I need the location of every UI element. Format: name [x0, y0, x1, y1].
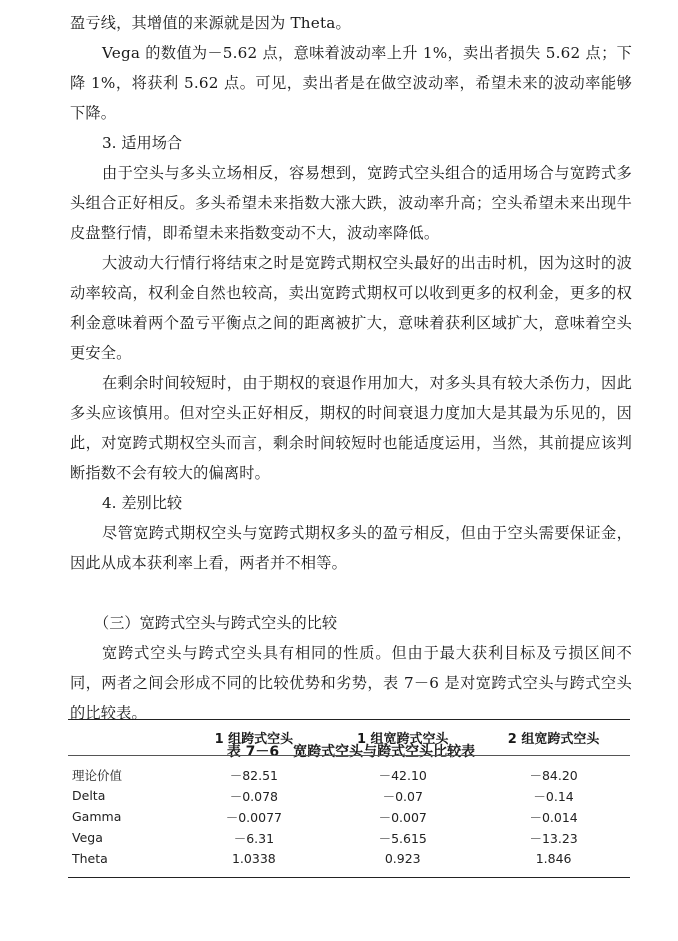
paragraph-applicable-2: 大波动大行情行将结束之时是宽跨式期权空头最好的出击时机，因为这时的波动率较高，权…	[70, 248, 632, 368]
table-cell: 1.0338	[179, 848, 328, 878]
table-cell: －0.014	[477, 806, 630, 827]
table-header-row: 1 组跨式空头 1 组宽跨式空头 2 组宽跨式空头	[68, 720, 630, 756]
table-cell: －0.07	[328, 785, 477, 806]
section-heading-difference: 4. 差别比较	[70, 488, 632, 518]
table-cell: －42.10	[328, 756, 477, 786]
row-label: Gamma	[68, 806, 179, 827]
document-page: 盈亏线，其增值的来源就是因为 Theta。 Vega 的数值为－5.62 点，意…	[70, 8, 632, 766]
paragraph-applicable-1: 由于空头与多头立场相反，容易想到，宽跨式空头组合的适用场合与宽跨式多头组合正好相…	[70, 158, 632, 248]
row-label: Vega	[68, 827, 179, 848]
table-header-col: 2 组宽跨式空头	[477, 720, 630, 756]
table-header-col: 1 组跨式空头	[179, 720, 328, 756]
table-cell: －84.20	[477, 756, 630, 786]
table-header-col: 1 组宽跨式空头	[328, 720, 477, 756]
paragraph-vega: Vega 的数值为－5.62 点，意味着波动率上升 1%，卖出者损失 5.62 …	[70, 38, 632, 128]
section-heading-applicable-scenarios: 3. 适用场合	[70, 128, 632, 158]
paragraph-difference: 尽管宽跨式期权空头与宽跨式期权多头的盈亏相反，但由于空头需要保证金，因此从成本获…	[70, 518, 632, 578]
table-row: Vega －6.31 －5.615 －13.23	[68, 827, 630, 848]
section-heading-comparison: （三）宽跨式空头与跨式空头的比较	[70, 608, 632, 638]
row-label: Theta	[68, 848, 179, 878]
table-cell: －0.0077	[179, 806, 328, 827]
spacer	[70, 578, 632, 608]
table-cell: －0.14	[477, 785, 630, 806]
table-cell: －13.23	[477, 827, 630, 848]
row-label: Delta	[68, 785, 179, 806]
comparison-table: 1 组跨式空头 1 组宽跨式空头 2 组宽跨式空头 理论价值 －82.51 －4…	[68, 719, 630, 878]
table-row: 理论价值 －82.51 －42.10 －84.20	[68, 756, 630, 786]
paragraph-continuation: 盈亏线，其增值的来源就是因为 Theta。	[70, 8, 632, 38]
table-cell: 0.923	[328, 848, 477, 878]
table-cell: －5.615	[328, 827, 477, 848]
table-row: Theta 1.0338 0.923 1.846	[68, 848, 630, 878]
paragraph-applicable-3: 在剩余时间较短时，由于期权的衰退作用加大，对多头具有较大杀伤力，因此多头应该慎用…	[70, 368, 632, 488]
table-cell: －6.31	[179, 827, 328, 848]
table-cell: －82.51	[179, 756, 328, 786]
table-header-empty	[68, 720, 179, 756]
table-cell: 1.846	[477, 848, 630, 878]
row-label: 理论价值	[68, 756, 179, 786]
table-row: Delta －0.078 －0.07 －0.14	[68, 785, 630, 806]
paragraph-comparison: 宽跨式空头与跨式空头具有相同的性质。但由于最大获利目标及亏损区间不同，两者之间会…	[70, 638, 632, 728]
table-cell: －0.007	[328, 806, 477, 827]
table-cell: －0.078	[179, 785, 328, 806]
table-row: Gamma －0.0077 －0.007 －0.014	[68, 806, 630, 827]
